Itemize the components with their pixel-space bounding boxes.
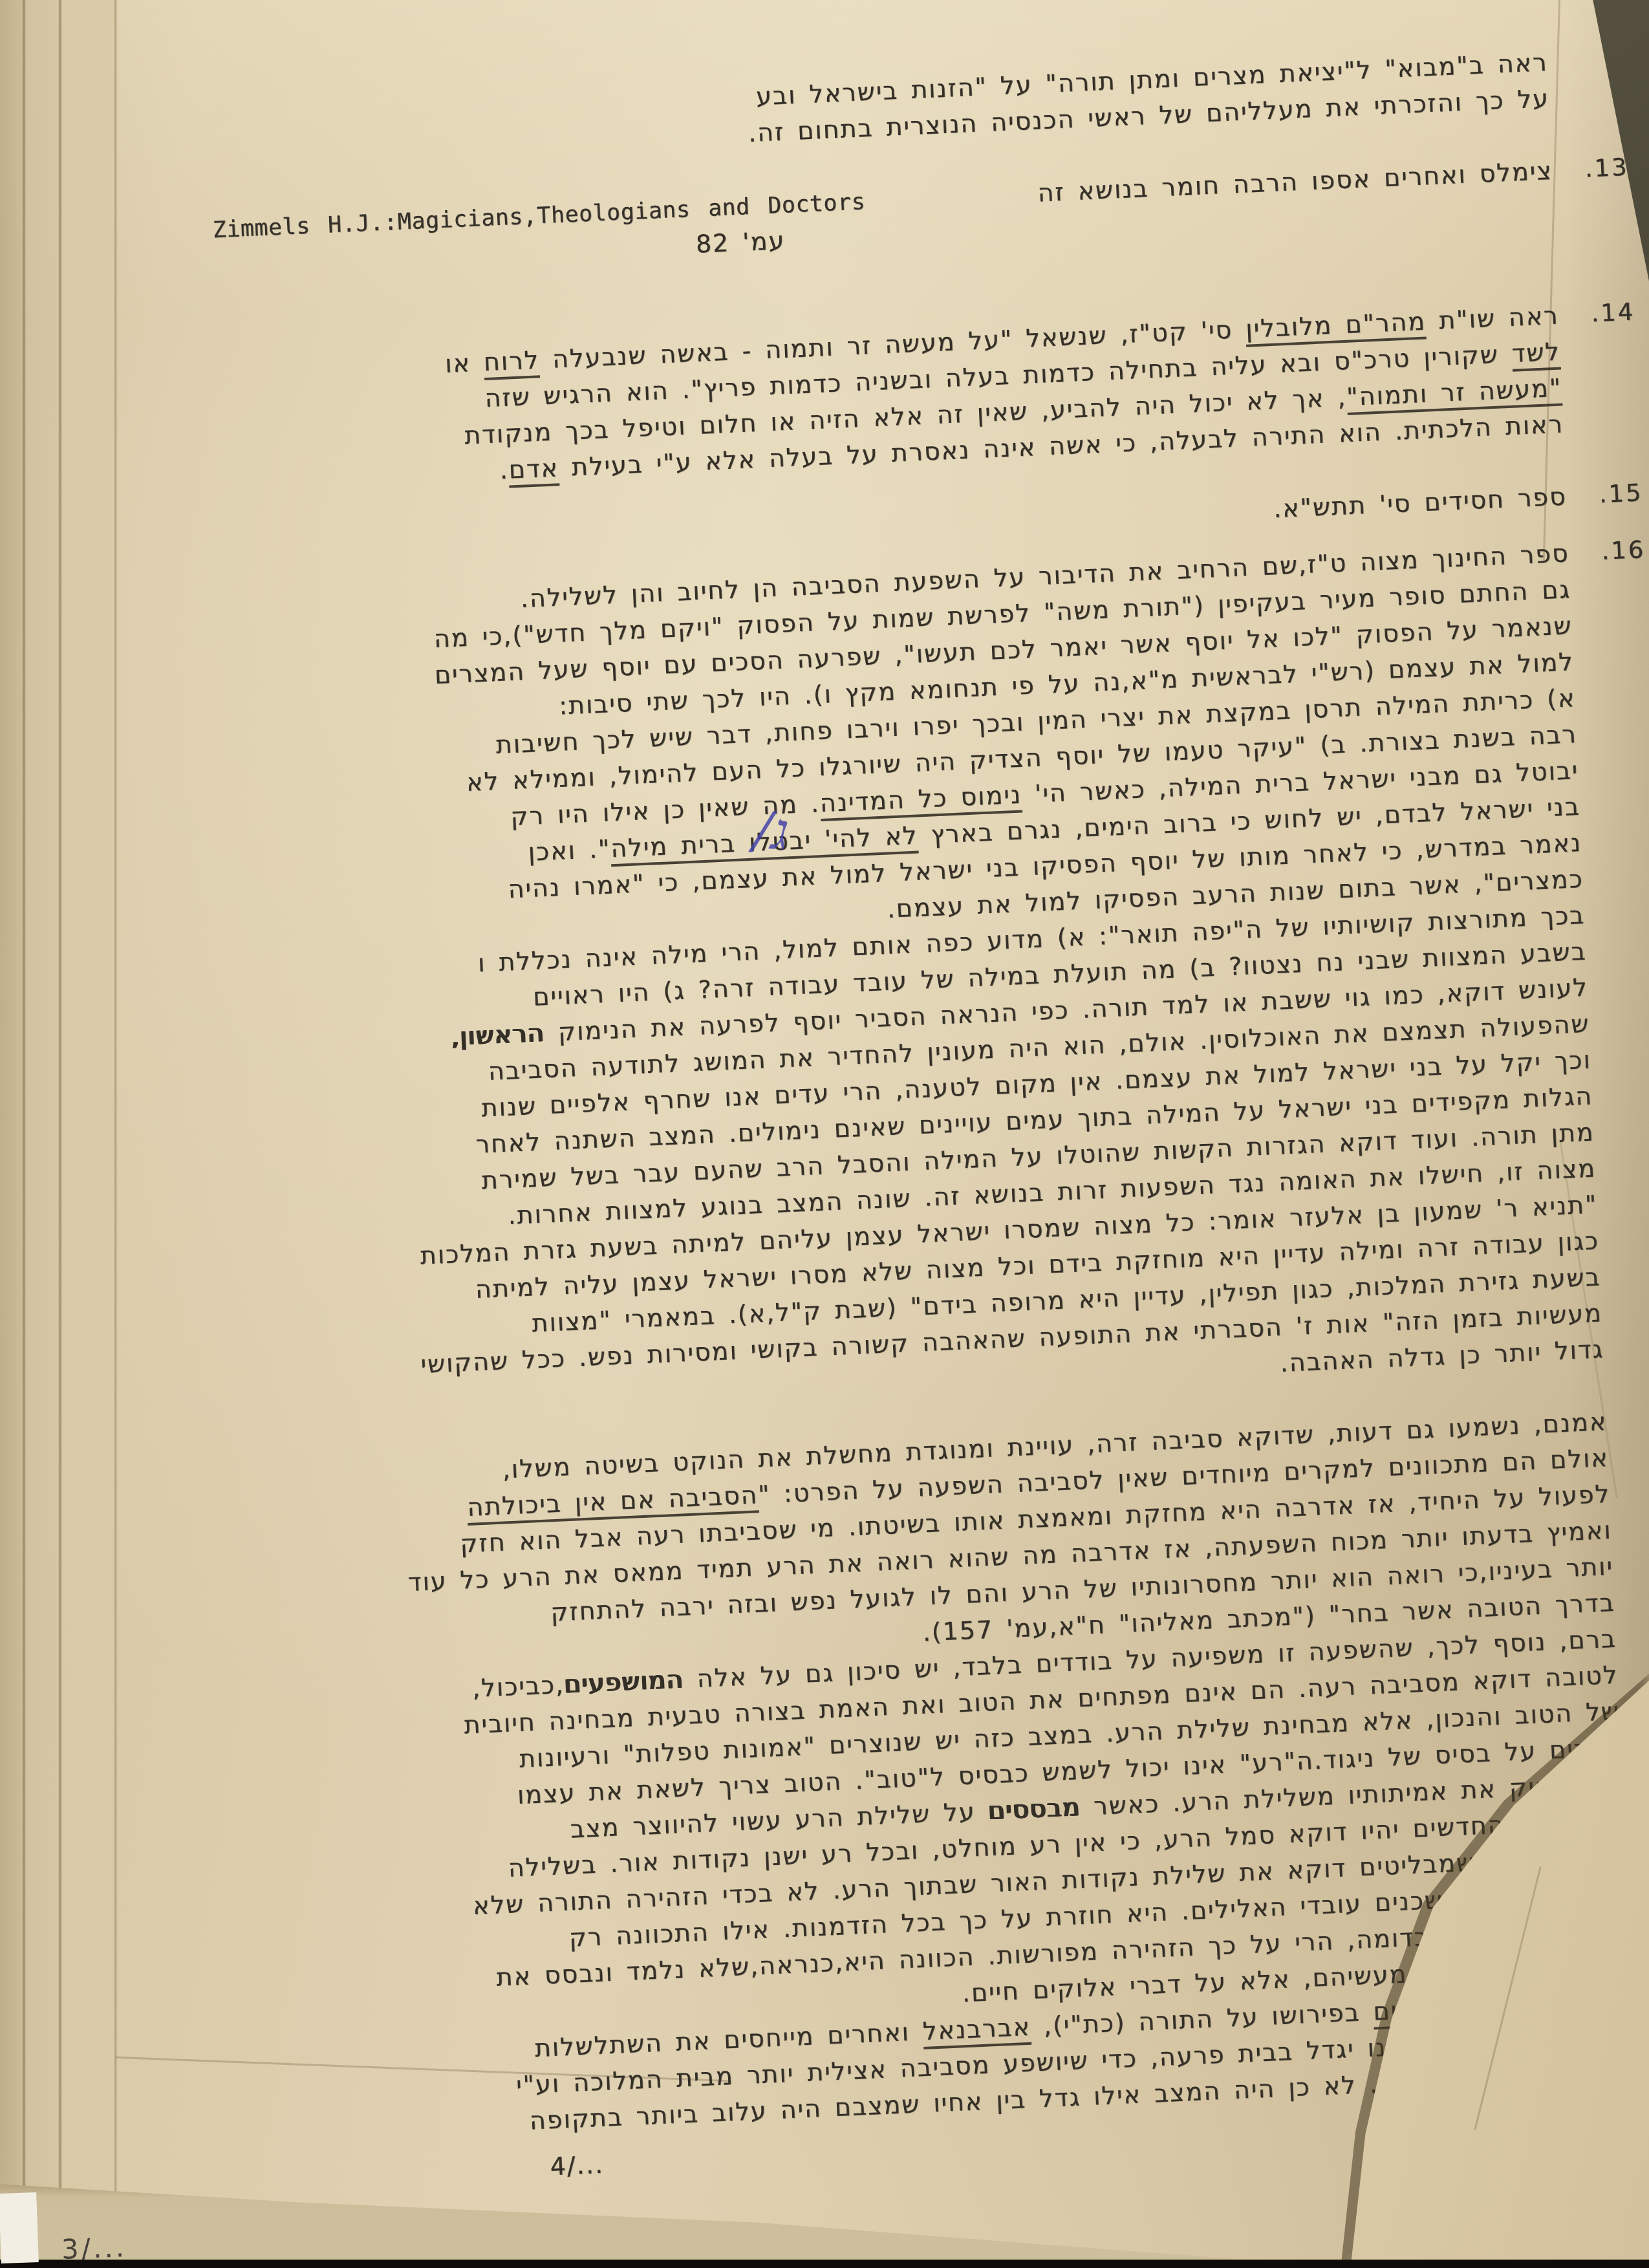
text-segment: ספר חסידים סי' תתש"א. [1273, 482, 1567, 523]
handwritten-ink-correction: ג/ [753, 812, 790, 850]
underlined-text: אדם [508, 453, 559, 488]
item-number: .16 [1600, 532, 1646, 570]
text-segment: 4/... [549, 2146, 605, 2185]
text-segment: ,כביכול, [471, 1670, 565, 1703]
text-segment: או [444, 348, 484, 378]
text-segment: המושפעים [564, 1665, 685, 1699]
typewritten-text-block: ראה ב"מבוא" ל"יציאת מצרים ומתן תורה" על … [150, 13, 1638, 2198]
scanner-edge-bottom [0, 2260, 1649, 2268]
stacked-sheet-edges [0, 0, 118, 2268]
scanned-typewritten-page: ראה ב"מבוא" ל"יציאת מצרים ומתן תורה" על … [0, 0, 1649, 2268]
text-segment: ". ואכן [528, 834, 612, 867]
text-segment: ראה שו"ת [1425, 301, 1559, 336]
text-segment: עמ' 82 [695, 226, 786, 259]
item-number: .14 [1590, 294, 1635, 332]
text-segment: מבססים [987, 1793, 1081, 1825]
underlined-text: אברבנאל [922, 2013, 1031, 2049]
item-number: .15 [1599, 475, 1644, 513]
white-paper-edge [0, 2192, 39, 2263]
underlined-text: לשד [1511, 338, 1561, 372]
item-number: .13 [1584, 149, 1630, 188]
text-segment: הראשון, [451, 1019, 546, 1051]
underlined-text: לרוח [483, 345, 540, 380]
